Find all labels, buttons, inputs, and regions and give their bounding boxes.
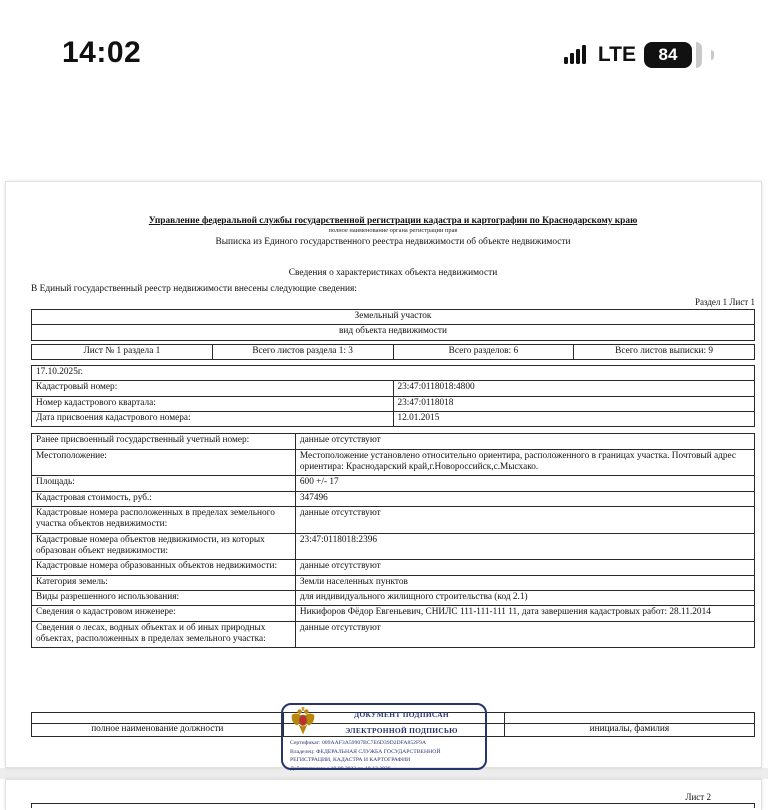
row-label: Номер кадастрового квартала: [32, 396, 394, 411]
row-value: данные отсутствуют [295, 560, 754, 575]
row-label: Виды разрешенного использования: [32, 590, 296, 605]
section-sheet-label: Раздел 1 Лист 1 [31, 297, 755, 307]
sheet-info-cell: Всего разделов: 6 [393, 344, 574, 359]
row-value: 600 +/- 17 [295, 476, 754, 491]
row-value: 23:47:0118018:4800 [393, 381, 755, 396]
row-label: Сведения о кадастровом инженере: [32, 606, 296, 621]
row-value: 347496 [295, 491, 754, 506]
sheet-info-table: Лист № 1 раздела 1 Всего листов раздела … [31, 344, 755, 360]
row-value: для индивидуального жилищного строительс… [295, 590, 754, 605]
position-caption: полное наименование должности [32, 724, 284, 736]
stamp-owner-line-1: Владелец: ФЕДЕРАЛЬНАЯ СЛУЖБА ГОСУДАРСТВЕ… [290, 748, 485, 757]
row-label: Сведения о лесах, водных объектах и об и… [32, 621, 296, 648]
row-value: данные отсутствуют [295, 506, 754, 533]
stamp-line-1: ДОКУМЕНТ ПОДПИСАН [318, 710, 485, 719]
sheet-info-cell: Всего листов выписки: 9 [574, 344, 755, 359]
battery-icon: 84 [644, 42, 692, 68]
stamp-certificate: Сертификат: 009AAF3A59907BC7E6D39D2DFA85… [290, 739, 485, 748]
row-value: данные отсутствуют [295, 621, 754, 648]
stamp-line-2: ЭЛЕКТРОННОЙ ПОДПИСЬЮ [318, 726, 485, 735]
characteristics-table: Ранее присвоенный государственный учетны… [31, 433, 755, 648]
row-value: Местоположение установлено относительно … [295, 449, 754, 476]
coat-of-arms-icon [288, 706, 318, 736]
digital-signature-stamp: ДОКУМЕНТ ПОДПИСАН ЭЛЕКТРОННОЙ ПОДПИСЬЮ С… [281, 703, 487, 770]
status-bar-right: LTE 84 [564, 42, 714, 68]
name-caption: инициалы, фамилия [504, 724, 754, 736]
row-label: Кадастровая стоимость, руб.: [32, 491, 296, 506]
row-label: Кадастровые номера объектов недвижимости… [32, 533, 296, 560]
sheet-info-cell: Лист № 1 раздела 1 [32, 344, 213, 359]
row-value: Никифоров Фёдор Евгеньевич, СНИЛС 111-11… [295, 606, 754, 621]
document-page-2: Лист 2 [5, 779, 762, 810]
row-value: Земли населенных пунктов [295, 575, 754, 590]
signature-block: полное наименование должности инициалы, … [31, 712, 755, 736]
row-label: Кадастровый номер: [32, 381, 394, 396]
row-label: Кадастровые номера образованных объектов… [32, 560, 296, 575]
cadastral-id-table: 17.10.2025г. Кадастровый номер: 23:47:01… [31, 365, 755, 427]
registration-authority-title: Управление федеральной службы государств… [31, 216, 755, 226]
stamp-validity: Действителен: с 10.09.2023 по 10.12.2026 [290, 765, 485, 774]
intro-text: В Единый государственный реестр недвижим… [31, 284, 755, 294]
document-title: Выписка из Единого государственного реес… [31, 237, 755, 247]
clock-text: 14:02 [62, 36, 141, 70]
page-2-table-edge [31, 803, 755, 808]
object-type-value: Земельный участок [32, 310, 755, 325]
document-page-1: Управление федеральной службы государств… [5, 181, 762, 768]
row-value: 23:47:0118018 [393, 396, 755, 411]
authority-caption: полное наименование органа регистрации п… [31, 227, 755, 234]
battery-level-remainder [696, 42, 702, 68]
row-label: Ранее присвоенный государственный учетны… [32, 434, 296, 449]
row-value: 12.01.2015 [393, 411, 755, 426]
sheet-info-cell: Всего листов раздела 1: 3 [212, 344, 393, 359]
battery-tip [711, 50, 714, 60]
signal-strength-icon [564, 45, 590, 65]
section-title: Сведения о характеристиках объекта недви… [31, 268, 755, 278]
row-value: данные отсутствуют [295, 434, 754, 449]
row-label: Дата присвоения кадастрового номера: [32, 411, 394, 426]
row-value: 23:47:0118018:2396 [295, 533, 754, 560]
extract-date: 17.10.2025г. [32, 365, 755, 380]
network-type-label: LTE [598, 43, 636, 67]
object-type-table: Земельный участок вид объекта недвижимос… [31, 309, 755, 341]
sheet-2-label: Лист 2 [31, 792, 755, 802]
row-label: Кадастровые номера расположенных в преде… [32, 506, 296, 533]
row-label: Местоположение: [32, 449, 296, 476]
object-type-caption: вид объекта недвижимости [32, 325, 755, 340]
stamp-owner-line-2: РЕГИСТРАЦИИ, КАДАСТРА И КАРТОГРАФИИ [290, 756, 485, 765]
row-label: Площадь: [32, 476, 296, 491]
status-bar: 14:02 LTE 84 [0, 0, 768, 90]
battery-percent: 84 [659, 45, 678, 65]
row-label: Категория земель: [32, 575, 296, 590]
